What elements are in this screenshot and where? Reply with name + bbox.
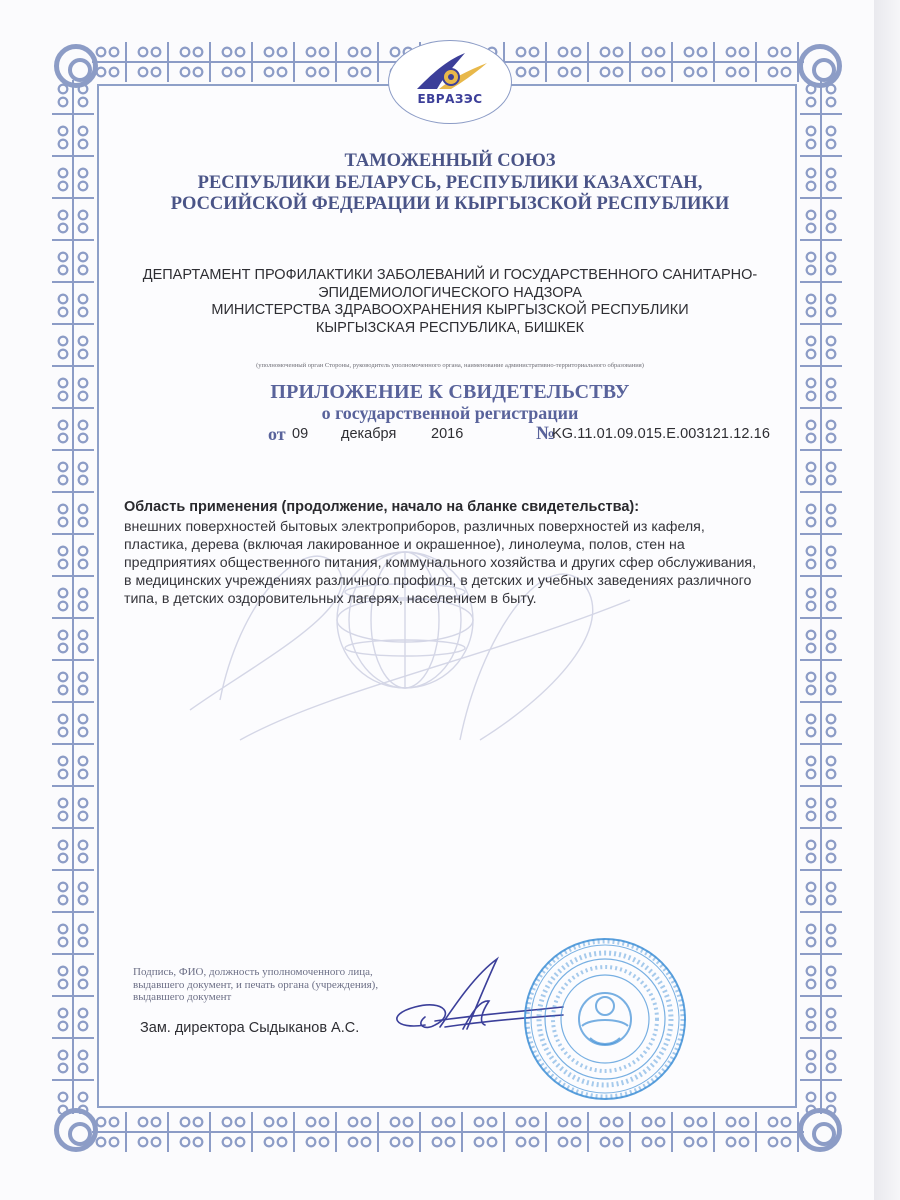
date-day: 09 (292, 426, 308, 442)
authority-line: МИНИСТЕРСТВА ЗДРАВООХРАНЕНИЯ КЫРГЫЗСКОЙ … (100, 302, 800, 320)
scope-line: типа, в детских оздоровительных лагерях,… (124, 590, 804, 608)
ornamental-border-left (52, 80, 94, 1114)
scope-line: внешних поверхностей бытовых электроприб… (124, 518, 804, 536)
authority-caption: (уполномоченный орган Стороны, руководит… (100, 362, 800, 369)
document-subtitle: о государственной регистрации (100, 403, 800, 424)
authority-line: КЫРГЫЗСКАЯ РЕСПУБЛИКА, БИШКЕК (100, 320, 800, 338)
scope-line: пластика, дерева (включая лакированное и… (124, 536, 804, 554)
corner-ornament-icon (798, 1108, 842, 1152)
date-label: от (268, 424, 286, 445)
ornamental-border-right (800, 80, 842, 1114)
scope-line: в медицинских учреждениях различного про… (124, 572, 804, 590)
issuing-authority: ДЕПАРТАМЕНТ ПРОФИЛАКТИКИ ЗАБОЛЕВАНИЙ И Г… (100, 267, 800, 337)
scope-line: предприятиях общественного питания, комм… (124, 554, 804, 572)
date-year: 2016 (431, 426, 463, 442)
document-title: ПРИЛОЖЕНИЕ К СВИДЕТЕЛЬСТВУ (100, 381, 800, 404)
scope-heading: Область применения (продолжение, начало … (124, 499, 639, 515)
signature-caption: Подпись, ФИО, должность уполномоченного … (133, 966, 378, 1004)
eurasec-logo: ЕВРАЗЭС (388, 40, 512, 124)
logo-text: ЕВРАЗЭС (389, 92, 511, 106)
union-title-line: РОССИЙСКОЙ ФЕДЕРАЦИИ И КЫРГЫЗСКОЙ РЕСПУБ… (100, 193, 800, 215)
caption-line: Подпись, ФИО, должность уполномоченного … (133, 966, 378, 979)
authority-line: ДЕПАРТАМЕНТ ПРОФИЛАКТИКИ ЗАБОЛЕВАНИЙ И Г… (100, 267, 800, 285)
signer-name: Зам. директора Сыдыканов А.С. (140, 1020, 359, 1036)
ornamental-border-bottom (92, 1112, 804, 1152)
official-seal-stamp-icon (520, 934, 690, 1104)
corner-ornament-icon (798, 44, 842, 88)
caption-line: выдавшего документ, и печать органа (учр… (133, 979, 378, 992)
registration-number: KG.11.01.09.015.E.003121.12.16 (552, 426, 770, 442)
authority-line: ЭПИДЕМИОЛОГИЧЕСКОГО НАДЗОРА (100, 285, 800, 303)
page-edge (874, 0, 900, 1200)
union-title-line: РЕСПУБЛИКИ БЕЛАРУСЬ, РЕСПУБЛИКИ КАЗАХСТА… (100, 172, 800, 194)
corner-ornament-icon (54, 1108, 98, 1152)
caption-line: выдавшего документ (133, 991, 378, 1004)
union-title-line: ТАМОЖЕННЫЙ СОЮЗ (100, 150, 800, 172)
corner-ornament-icon (54, 44, 98, 88)
date-month: декабря (341, 426, 396, 442)
scope-text: внешних поверхностей бытовых электроприб… (124, 518, 804, 608)
eurasec-emblem-icon (411, 49, 491, 93)
